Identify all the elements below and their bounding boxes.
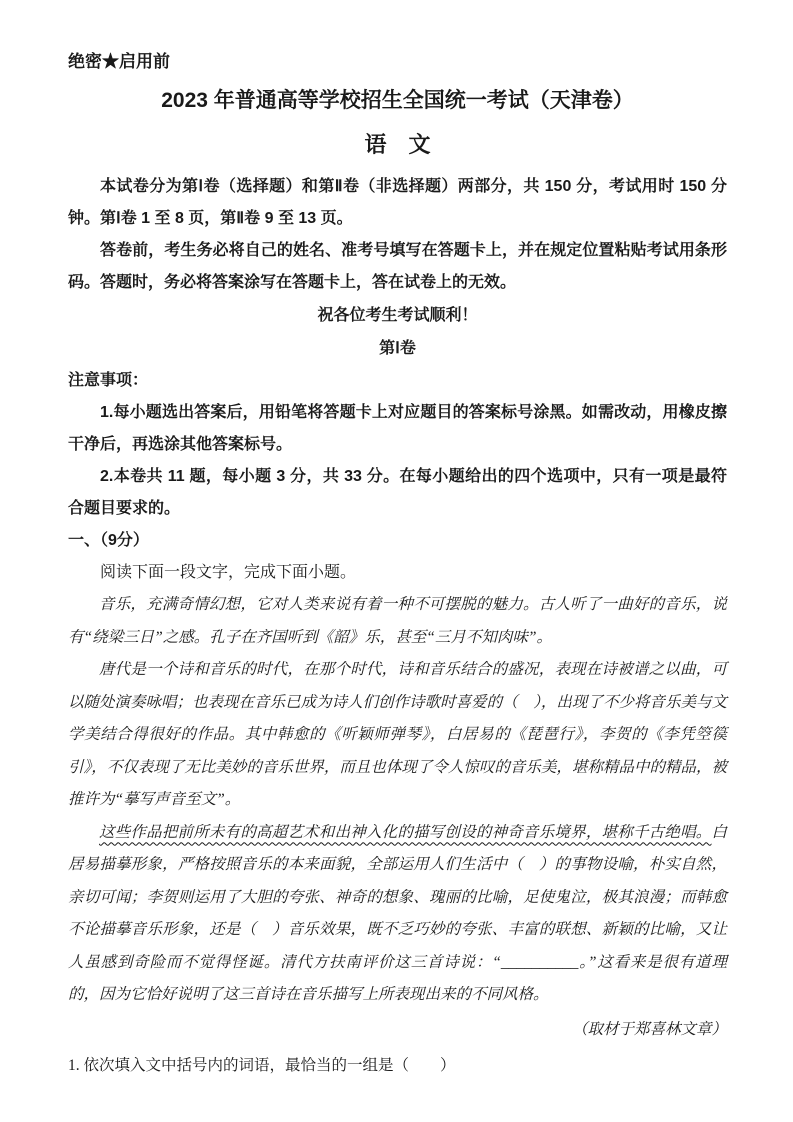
section-heading: 一、（9分）	[68, 525, 727, 557]
exam-title: 2023 年普通高等学校招生全国统一考试（天津卷）	[68, 86, 727, 116]
passage-paragraph-2: 唐代是一个诗和音乐的时代，在那个时代，诗和音乐结合的盛况，表现在诗被谱之以曲，可…	[68, 654, 727, 817]
intro-paragraph-1: 本试卷分为第Ⅰ卷（选择题）和第Ⅱ卷（非选择题）两部分，共 150 分，考试用时 …	[68, 171, 727, 235]
passage-paragraph-1: 音乐，充满奇情幻想，它对人类来说有着一种不可摆脱的魅力。古人听了一曲好的音乐，说…	[68, 589, 727, 654]
passage-lead: 阅读下面一段文字，完成下面小题。	[68, 557, 727, 589]
notes-heading: 注意事项：	[68, 365, 727, 397]
security-classification: 绝密★启用前	[68, 50, 727, 74]
volume-heading: 第Ⅰ卷	[68, 332, 727, 365]
note-item-2: 2.本卷共 11 题，每小题 3 分，共 33 分。在每小题给出的四个选项中，只…	[68, 461, 727, 525]
wish-line: 祝各位考生考试顺利！	[68, 299, 727, 332]
question-1: 1. 依次填入文中括号内的词语，最恰当的一组是（ ）	[68, 1050, 727, 1082]
note-item-1: 1.每小题选出答案后，用铅笔将答题卡上对应题目的答案标号涂黑。如需改动，用橡皮擦…	[68, 397, 727, 461]
wavy-underlined-sentence: 这些作品把前所未有的高超艺术和出神入化的描写创设的神奇音乐境界，堪称千古绝唱。	[99, 824, 711, 841]
exam-paper-page: 绝密★启用前 2023 年普通高等学校招生全国统一考试（天津卷） 语 文 本试卷…	[0, 0, 793, 1122]
passage-paragraph-3-rest: 白居易描摹形象，严格按照音乐的本来面貌，全部运用人们生活中（ ）的事物设喻，朴实…	[68, 824, 727, 1004]
intro-paragraph-2: 答卷前，考生务必将自己的姓名、准考号填写在答题卡上，并在规定位置粘贴考试用条形码…	[68, 235, 727, 299]
passage-paragraph-3: 这些作品把前所未有的高超艺术和出神入化的描写创设的神奇音乐境界，堪称千古绝唱。白…	[68, 817, 727, 1012]
subject-title: 语 文	[68, 129, 727, 161]
source-attribution: （取材于郑喜林文章）	[68, 1014, 727, 1046]
